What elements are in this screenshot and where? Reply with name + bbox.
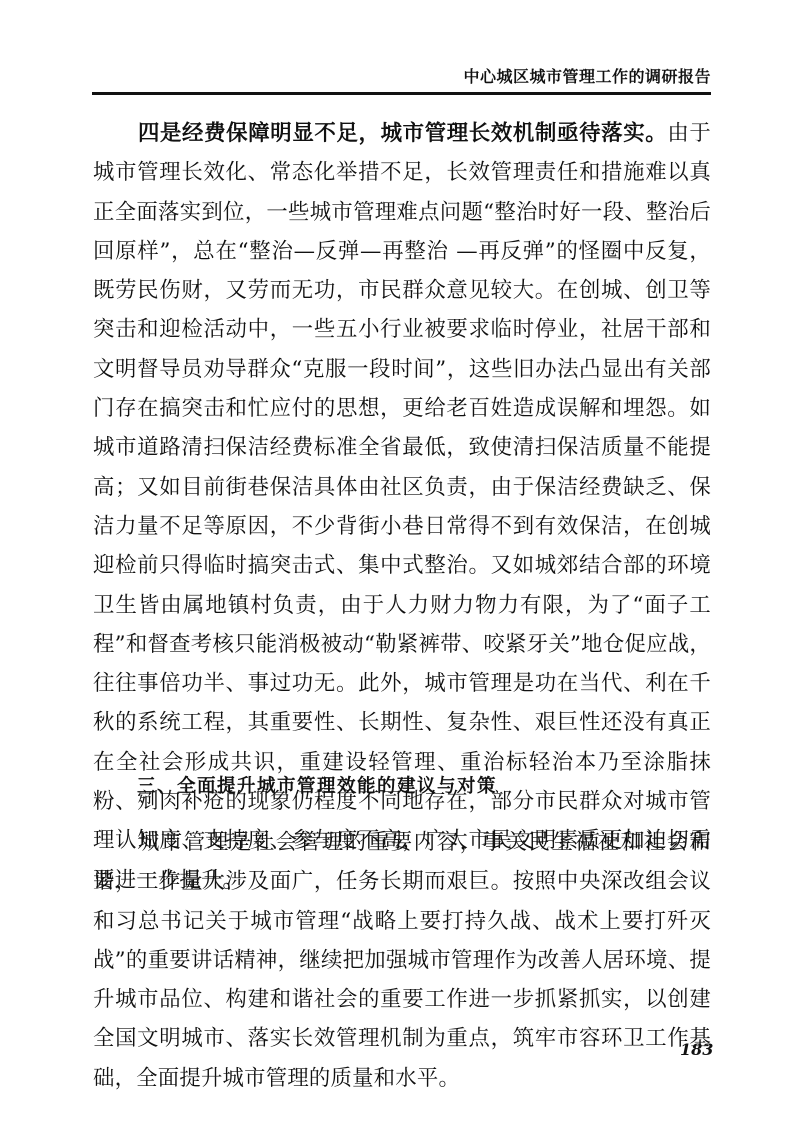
paragraph-lead-sentence: 四是经费保障明显不足，城市管理长效机制亟待落实。 [138,121,667,146]
document-page: 中心城区城市管理工作的调研报告 四是经费保障明显不足，城市管理长效机制亟待落实。… [0,0,803,1133]
running-header: 中心城区城市管理工作的调研报告 [92,66,711,95]
running-header-title: 中心城区城市管理工作的调研报告 [463,67,711,86]
page-number: 183 [680,1040,712,1060]
body-paragraph-2: 城市管理是社会管理的重要内容，事关民生福祉和社会和谐，工作量大涉及面广，任务长期… [93,823,711,1098]
paragraph: 城市管理是社会管理的重要内容，事关民生福祉和社会和谐，工作量大涉及面广，任务长期… [93,823,711,1098]
section-heading: 三、全面提升城市管理效能的建议与对策 [137,772,497,802]
paragraph-text: 城市管理是社会管理的重要内容，事关民生福祉和社会和谐，工作量大涉及面广，任务长期… [93,830,711,1091]
